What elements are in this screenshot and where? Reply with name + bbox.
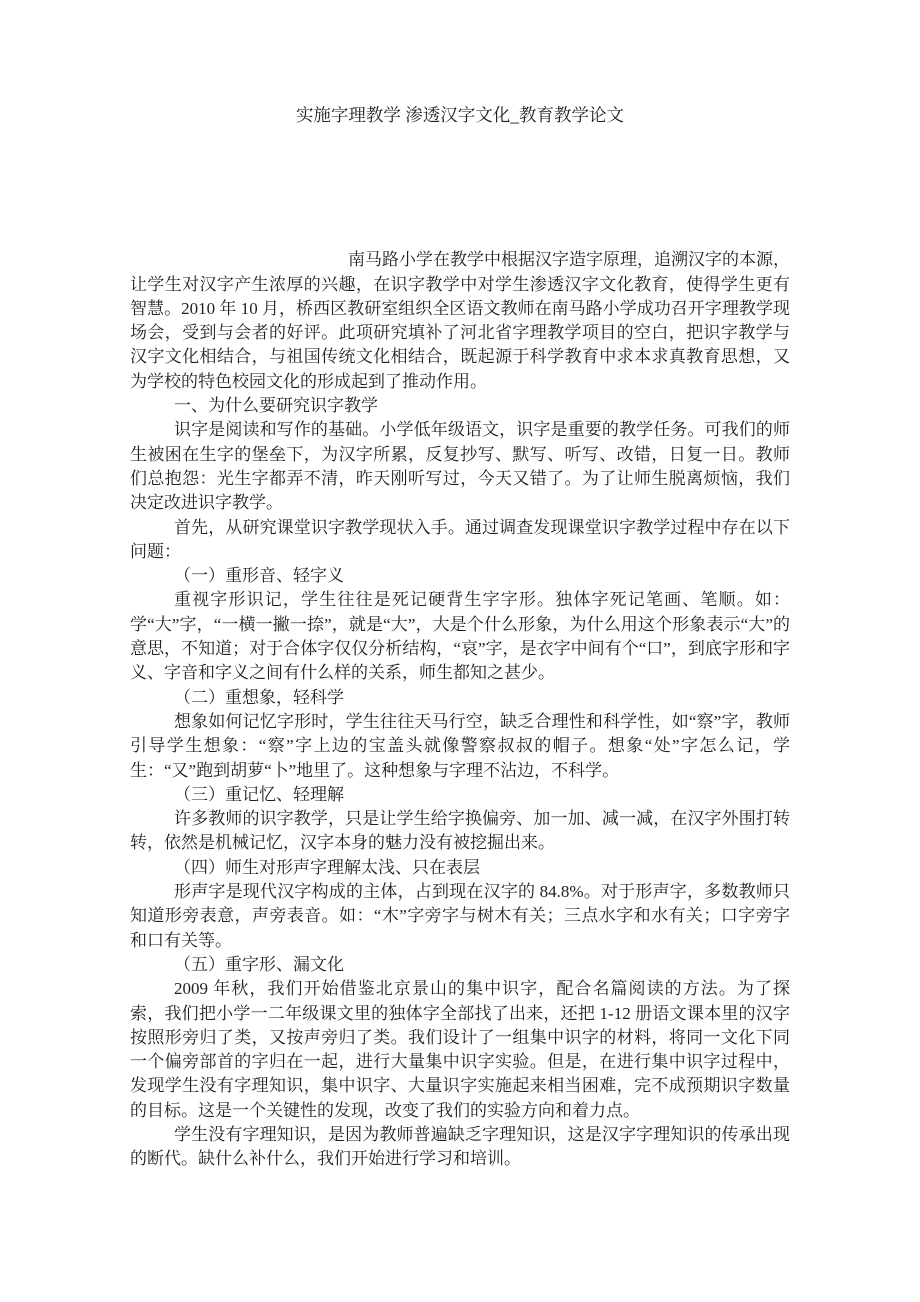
- paragraph: 形声字是现代汉字构成的主体，占到现在汉字的 84.8%。对于形声字，多数教师只知…: [130, 880, 790, 953]
- document-body: 南马路小学在教学中根据汉字造字原理，追溯汉字的本源，让学生对汉字产生浓厚的兴趣，…: [130, 248, 790, 1171]
- document-title: 实施字理教学 渗透汉字文化_教育教学论文: [130, 103, 790, 127]
- paragraph: 南马路小学在教学中根据汉字造字原理，追溯汉字的本源，让学生对汉字产生浓厚的兴趣，…: [130, 248, 790, 394]
- paragraph: 重视字形识记，学生往往是死记硬背生字字形。独体字死记笔画、笔顺。如：学“大”字，…: [130, 588, 790, 685]
- paragraph: 学生没有字理知识，是因为教师普遍缺乏字理知识，这是汉字字理知识的传承出现的断代。…: [130, 1123, 790, 1172]
- paragraph: 2009 年秋，我们开始借鉴北京景山的集中识字，配合名篇阅读的方法。为了探索，我…: [130, 977, 790, 1123]
- paragraph: 识字是阅读和写作的基础。小学低年级语文，识字是重要的教学任务。可我们的师生被困在…: [130, 418, 790, 515]
- subsection-heading: （五）重字形、漏文化: [130, 953, 790, 977]
- subsection-heading: （四）师生对形声字理解太浅、只在表层: [130, 856, 790, 880]
- paragraph: 想象如何记忆字形时，学生往往天马行空，缺乏合理性和科学性，如“察”字，教师引导学…: [130, 710, 790, 783]
- section-heading: 一、为什么要研究识字教学: [130, 394, 790, 418]
- paragraph: 首先，从研究课堂识字教学现状入手。通过调查发现课堂识字教学过程中存在以下问题：: [130, 516, 790, 565]
- subsection-heading: （三）重记忆、轻理解: [130, 783, 790, 807]
- subsection-heading: （一）重形音、轻字义: [130, 564, 790, 588]
- paragraph: 许多教师的识字教学，只是让学生给字换偏旁、加一加、减一减，在汉字外围打转转，依然…: [130, 807, 790, 856]
- document-page: 实施字理教学 渗透汉字文化_教育教学论文 南马路小学在教学中根据汉字造字原理，追…: [0, 0, 920, 1302]
- subsection-heading: （二）重想象，轻科学: [130, 686, 790, 710]
